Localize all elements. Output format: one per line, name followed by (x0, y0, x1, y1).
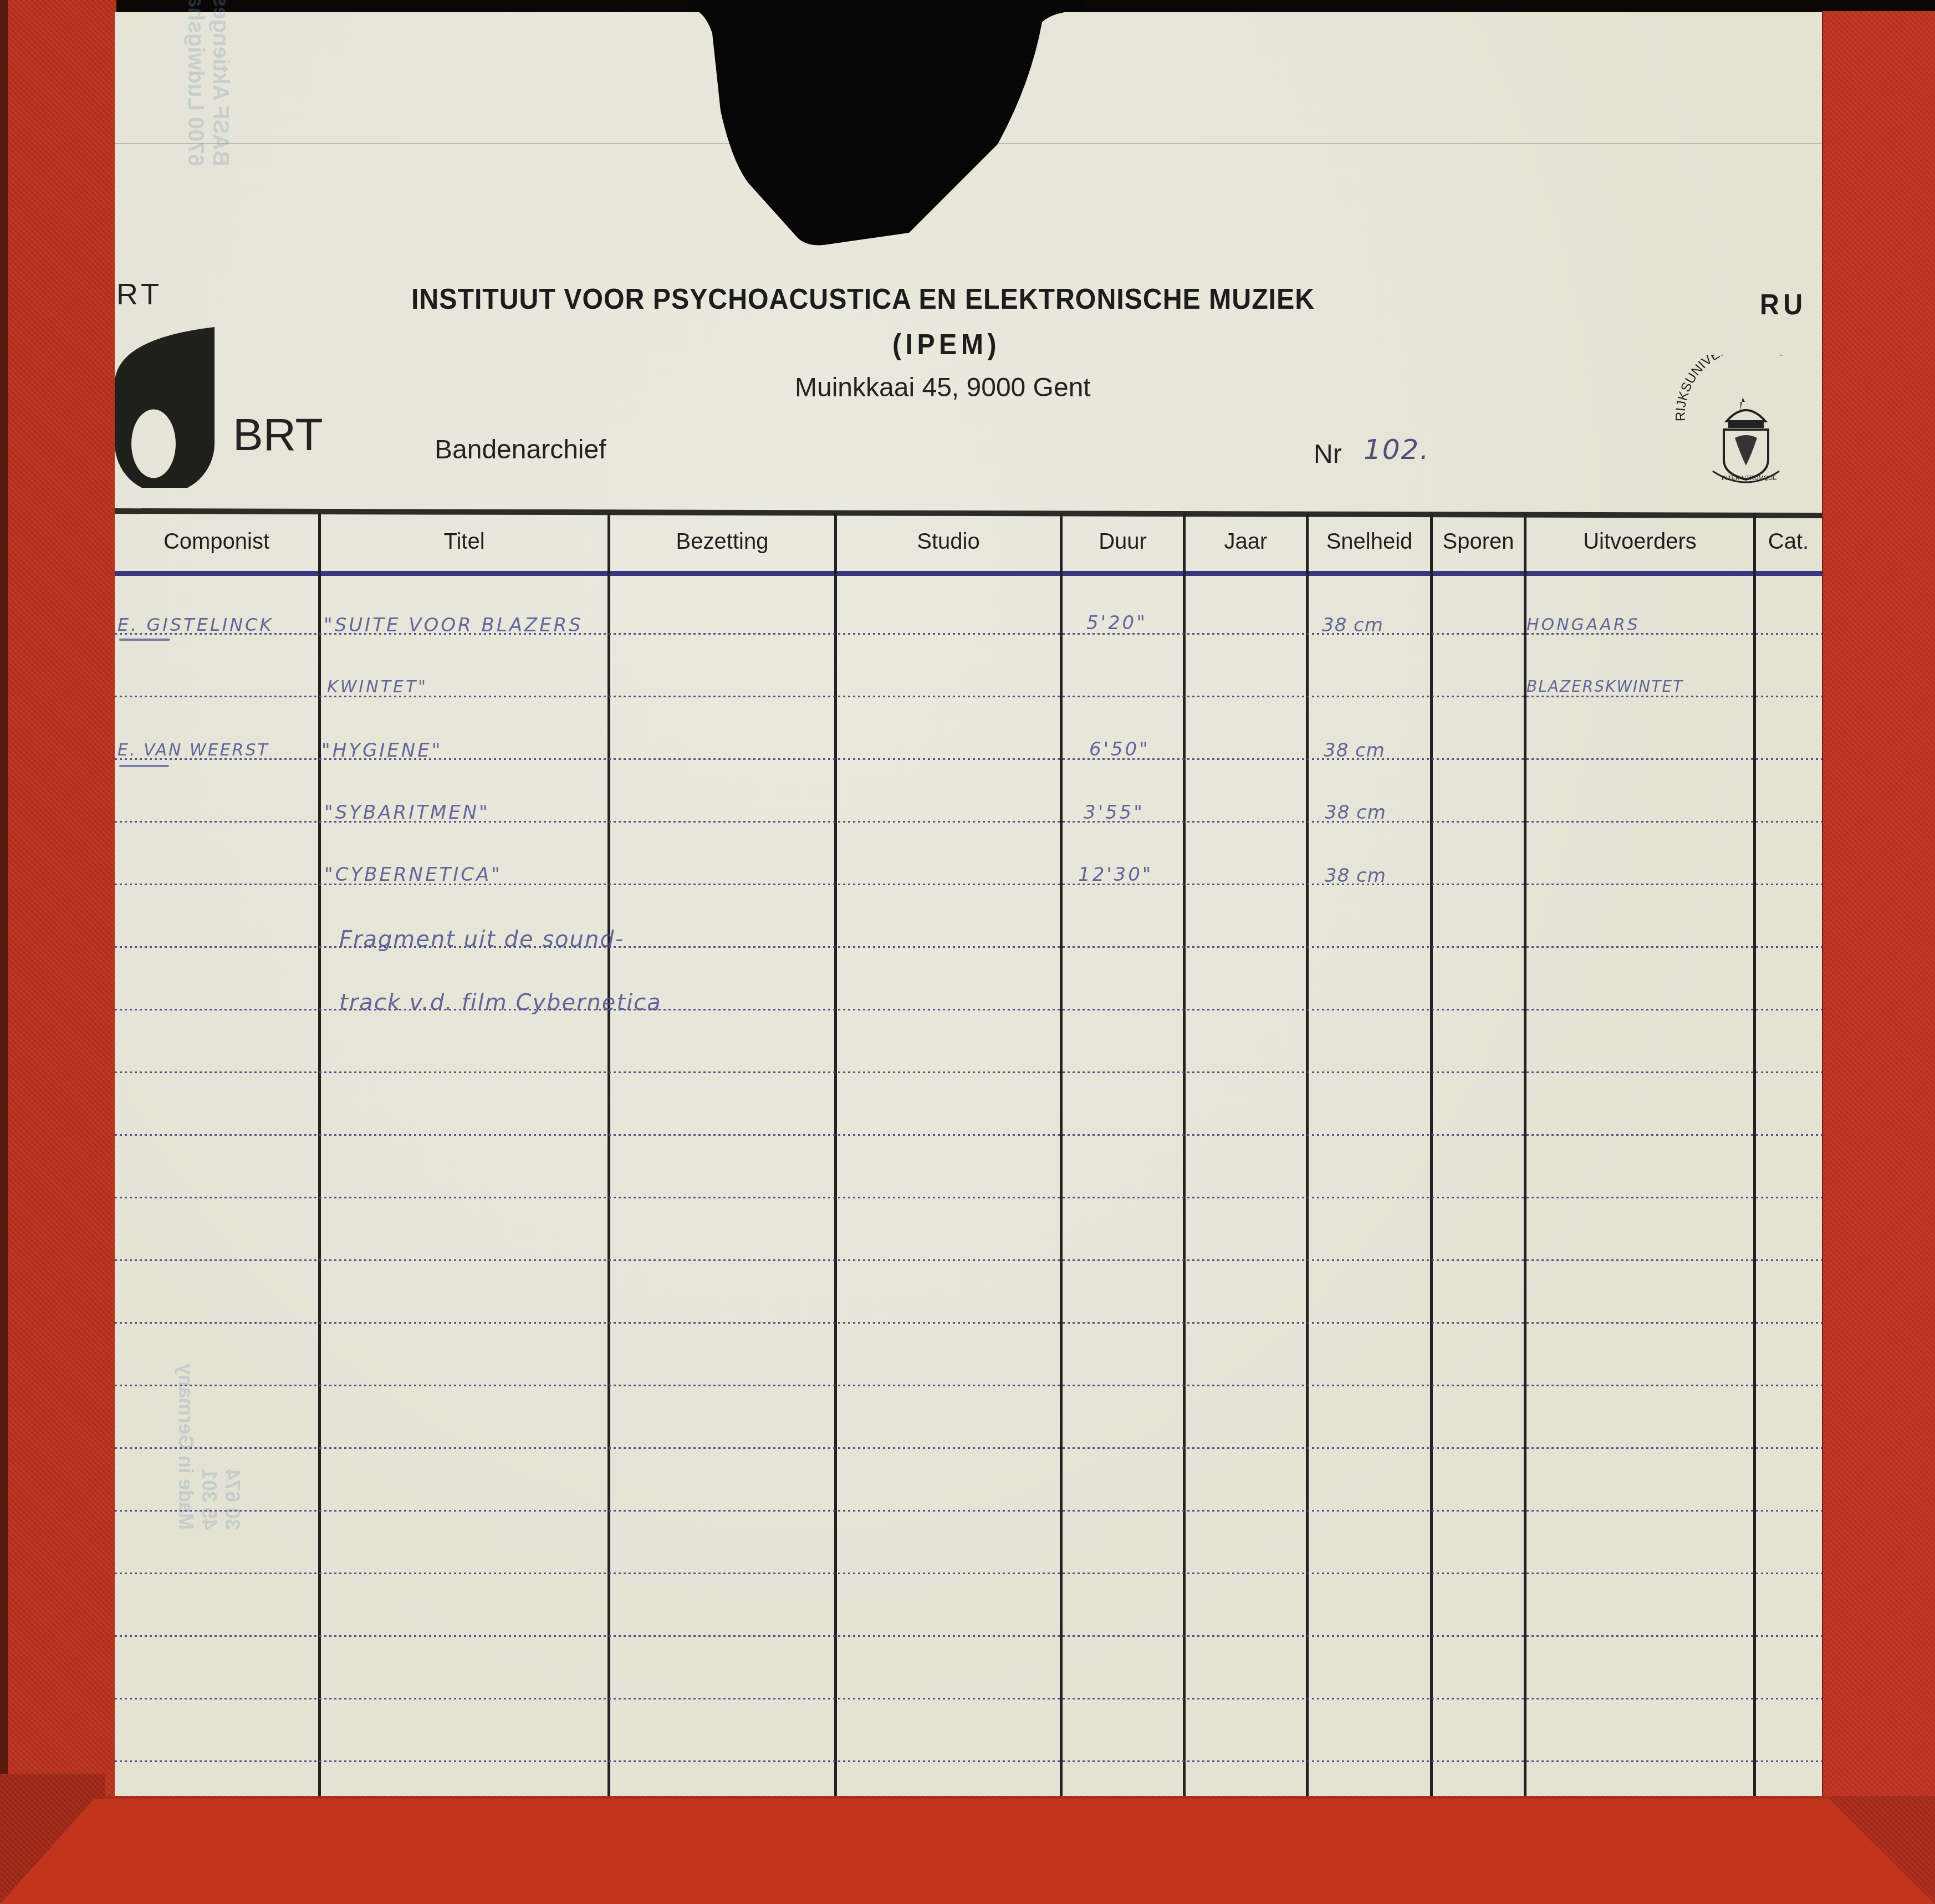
brt-logo-icon (115, 327, 215, 488)
column-header-bezetting: Bezetting (610, 529, 834, 554)
entry-snelheid: 38 cm (1322, 614, 1383, 636)
row-line (115, 1573, 1822, 1574)
entry-titel-note: Fragment uit de sound- (339, 927, 624, 952)
column-divider (1183, 513, 1186, 1799)
column-header-sporen: Sporen (1433, 529, 1524, 554)
entry-titel-note: track v.d. film Cybernetica (339, 990, 662, 1015)
watermark-line: Made in Germany (174, 1364, 197, 1530)
watermark-line: 45 301 (197, 1364, 221, 1530)
entry-duur: 5'20" (1086, 612, 1147, 634)
row-line (115, 1698, 1822, 1699)
entry-titel: "CYBERNETICA" (324, 864, 502, 886)
row-line (115, 1385, 1822, 1386)
column-divider (1060, 513, 1063, 1799)
pen-underline (119, 639, 170, 641)
watermark-line: 30 674 (221, 1364, 244, 1530)
column-divider (1306, 513, 1309, 1799)
column-header-componist: Componist (115, 529, 318, 554)
entry-snelheid: 38 cm (1324, 739, 1385, 762)
row-line (115, 1447, 1822, 1449)
entry-titel: "SUITE VOOR BLAZERS (324, 614, 583, 636)
row-line (115, 1760, 1822, 1762)
university-cut-text: RU (1760, 288, 1807, 321)
entry-uitvoerders: BLAZERSKWINTET (1526, 677, 1683, 696)
column-header-titel: Titel (321, 529, 607, 554)
column-divider (1430, 513, 1433, 1799)
row-line (115, 1635, 1822, 1637)
header-bottom-rule (115, 571, 1822, 576)
row-line (115, 1134, 1822, 1136)
archive-label: Bandenarchief (435, 435, 606, 465)
row-line (115, 1197, 1822, 1198)
red-binding-left (0, 0, 116, 1904)
watermark-line: 6700 Ludwigshafen (183, 0, 208, 166)
entry-snelheid: 38 cm (1325, 802, 1386, 824)
entry-componist: E. VAN WEERST (118, 741, 269, 760)
institute-title: INSTITUUT VOOR PSYCHOACUSTICA EN ELEKTRO… (411, 283, 1315, 316)
watermark-line: BASF Aktiengesellschaft (208, 0, 233, 166)
watermark-top: BASF Aktiengesellschaft 6700 Ludwigshafe… (183, 0, 233, 166)
entry-duur: 6'50" (1089, 738, 1150, 760)
column-divider (1753, 513, 1756, 1799)
watermark-bottom: 30 674 45 301 Made in Germany (174, 1364, 244, 1530)
column-header-cat: Cat. (1756, 529, 1821, 554)
entry-duur: 3'55" (1084, 802, 1145, 824)
row-line (115, 1510, 1822, 1512)
entry-componist: E. GISTELINCK (118, 614, 273, 635)
archive-card (115, 12, 1822, 1800)
red-binding-right (1822, 11, 1935, 1904)
institute-abbreviation: (IPEM) (892, 328, 1000, 361)
svg-text:RIJKSUNIVERSITEIT-G: RIJKSUNIVERSITEIT-G (1673, 355, 1789, 421)
entry-titel: "HYGIENE" (321, 739, 442, 762)
column-divider (834, 513, 837, 1799)
column-header-snelheid: Snelheid (1309, 529, 1430, 554)
column-divider (607, 513, 610, 1799)
column-divider (1524, 513, 1526, 1799)
entry-snelheid: 38 cm (1325, 865, 1386, 887)
pen-underline (119, 765, 169, 767)
brt-cut-text: RT (116, 277, 162, 312)
number-label: Nr (1314, 439, 1342, 469)
entry-titel: "SYBARITMEN" (324, 802, 490, 824)
column-header-jaar: Jaar (1186, 529, 1306, 554)
row-line (115, 1322, 1822, 1324)
brt-logo-text: BRT (233, 409, 323, 461)
column-header-studio: Studio (837, 529, 1060, 554)
university-seal-icon: RIJKSUNIVERSITEIT-G INTER UTRUMQUE (1668, 355, 1824, 488)
seal-motto: INTER UTRUMQUE (1722, 475, 1777, 482)
number-value: 102. (1364, 433, 1429, 466)
column-header-duur: Duur (1063, 529, 1183, 554)
institute-address: Muinkkaai 45, 9000 Gent (795, 372, 1091, 403)
column-header-uitvoerders: Uitvoerders (1526, 529, 1753, 554)
entry-titel: KWINTET" (327, 677, 428, 697)
binding-edge (0, 0, 8, 1904)
row-line (115, 1259, 1822, 1261)
column-divider (318, 513, 321, 1799)
entry-duur: 12'30" (1078, 864, 1153, 886)
row-line (115, 1071, 1822, 1073)
bottom-flap (0, 1799, 1935, 1904)
entry-uitvoerders: HONGAARS (1526, 615, 1640, 635)
